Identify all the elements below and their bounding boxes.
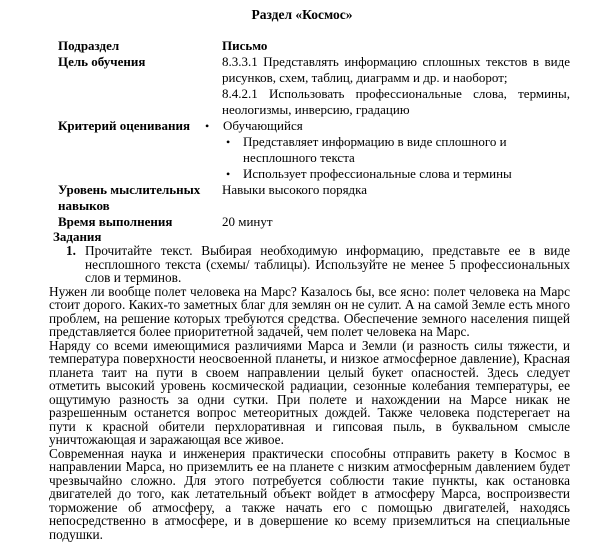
lesson-info-table: Подраздел Письмо Цель обучения 8.3.3.1 П… [49,38,570,230]
info-label-subsection: Подраздел [49,38,222,54]
reading-paragraph-2: Наряду со всеми имеющимися различиями Ма… [49,339,570,447]
criteria-uses-terms-text: Использует профессиональные слова и терм… [243,166,536,182]
info-label-duration: Время выполнения [49,214,222,230]
criteria-bullet-learner: • Обучающийся [205,118,570,134]
learning-objective-2: 8.4.2.1 Использовать профессиональные сл… [222,86,570,118]
bullet-icon: • [226,134,243,150]
criteria-sub-bullet-uses-terms: • Использует профессиональные слова и те… [226,166,570,182]
document-content: Подраздел Письмо Цель обучения 8.3.3.1 П… [49,38,570,541]
info-label-learning-objective: Цель обучения [49,54,222,118]
task-item-number: 1. [66,244,85,285]
info-value-thinking-skills: Навыки высокого порядка [222,182,570,214]
reading-paragraph-3: Современная наука и инженерия практическ… [49,447,570,542]
task-item-text: Прочитайте текст. Выбирая необходимую ин… [85,244,570,285]
info-value-learning-objective: 8.3.3.1 Представлять информацию сплошных… [222,54,570,118]
info-label-assessment-criteria: Критерий оценивания [49,118,222,182]
learning-objective-1: 8.3.3.1 Представлять информацию сплошных… [222,54,570,86]
criteria-represents-text: Представляет информацию в виде сплошного… [243,134,570,166]
bullet-icon: • [226,166,243,182]
reading-text: Нужен ли вообще полет человека на Марс? … [49,285,570,542]
criteria-learner-label: Обучающийся [223,118,303,134]
info-value-subsection: Письмо [222,38,570,54]
reading-paragraph-1: Нужен ли вообще полет человека на Марс? … [49,285,570,339]
info-label-thinking-skills: Уровень мыслительных навыков [49,182,222,214]
page-title: Раздел «Космос» [0,6,604,23]
task-item-1: 1. Прочитайте текст. Выбирая необходимую… [49,244,570,285]
document-page: Раздел «Космос» Подраздел Письмо Цель об… [0,6,604,546]
bullet-icon: • [205,118,223,134]
tasks-heading: Задания [53,230,570,244]
criteria-sub-bullet-represents: • Представляет информацию в виде сплошно… [226,134,570,166]
info-value-duration: 20 минут [222,214,570,230]
info-value-assessment-criteria: • Обучающийся • Представляет информацию … [222,118,570,182]
